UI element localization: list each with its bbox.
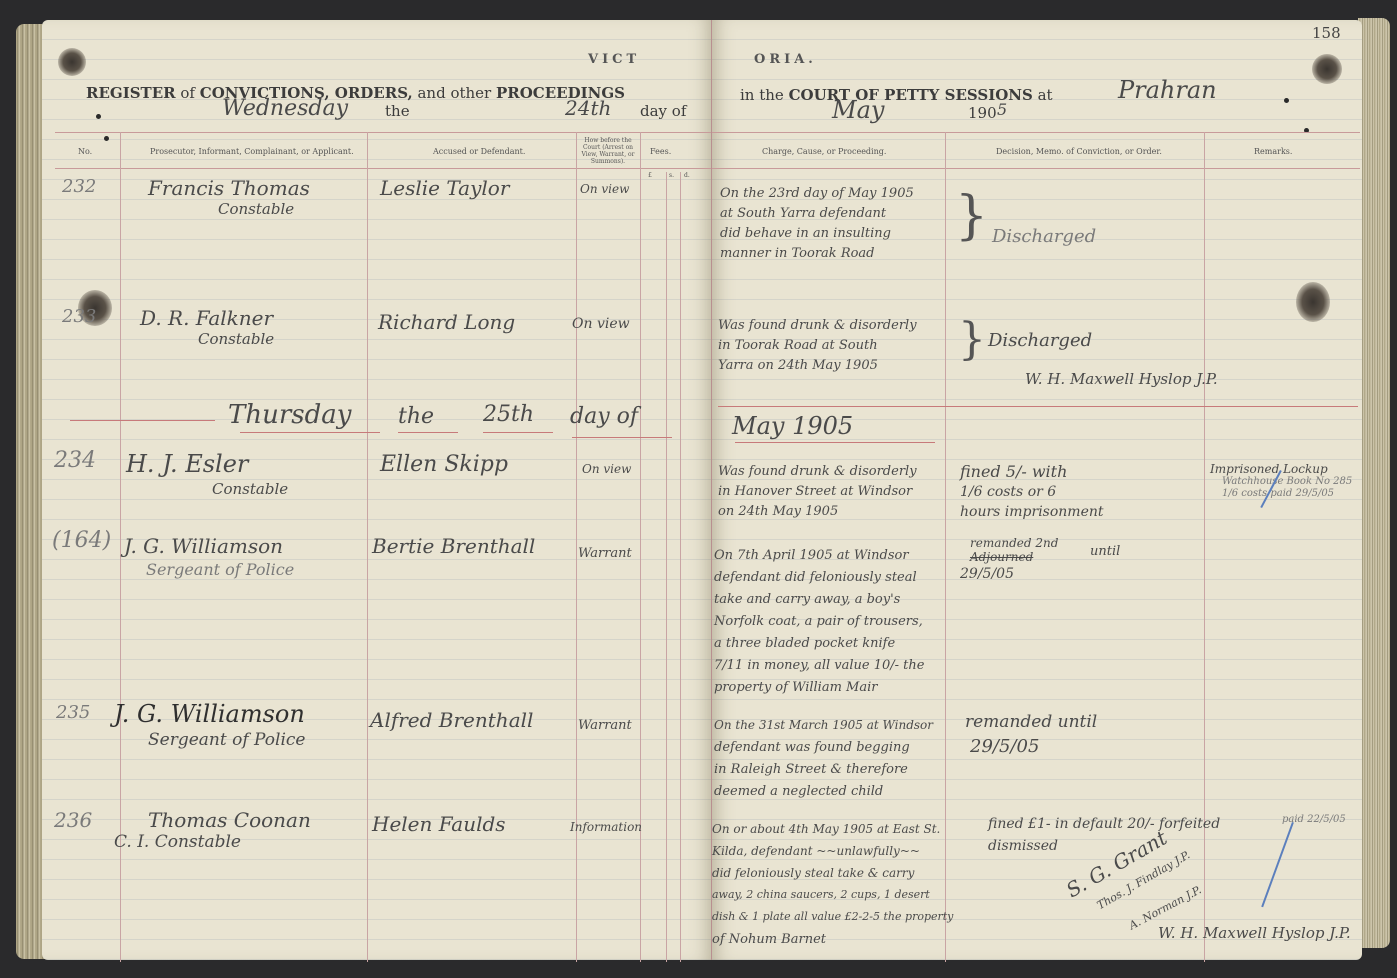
prosecutor-rank: C. I. Constable <box>114 832 241 852</box>
col-divider <box>945 132 946 962</box>
state-name-right: ORIA. <box>754 52 817 67</box>
fees-pounds: £ <box>648 172 652 179</box>
decision-line: fined 5/- with <box>960 462 1067 481</box>
decision-line: until <box>1090 544 1120 559</box>
col-header-fees: Fees. <box>650 147 671 156</box>
header-bottom-rule <box>55 168 1360 169</box>
col-header-no: No. <box>78 147 92 156</box>
decision-text: Discharged <box>988 330 1092 351</box>
entry-number: 232 <box>62 176 96 197</box>
entry-number: 236 <box>54 808 92 832</box>
charge-line: deemed a neglected child <box>714 784 883 799</box>
header-top-rule <box>55 132 1360 133</box>
decision-struck: Adjourned <box>970 550 1033 564</box>
charge-line: take and carry away, a boy's <box>714 592 900 607</box>
charge-line: property of William Mair <box>714 680 877 695</box>
brace: } <box>955 196 988 236</box>
charge-line: a three bladed pocket knife <box>714 636 895 651</box>
decision-line: dismissed <box>988 838 1058 854</box>
accused-name: Bertie Brenthall <box>372 534 535 558</box>
prosecutor-name: J. G. Williamson <box>114 700 305 728</box>
how-before: On view <box>582 462 631 476</box>
charge-line: Was found drunk & disorderly <box>718 464 917 479</box>
prosecutor-name: Francis Thomas <box>148 176 310 200</box>
charge-line: 7/11 in money, all value 10/- the <box>714 658 924 673</box>
ink-blot <box>58 48 86 76</box>
col-header-charge: Charge, Cause, or Proceeding. <box>762 147 886 156</box>
how-before: Warrant <box>578 546 632 561</box>
charge-line: defendant was found begging <box>714 740 910 755</box>
justice-signature: W. H. Maxwell Hyslop J.P. <box>1158 924 1351 942</box>
divider-underline <box>572 437 672 438</box>
entry-number: 235 <box>56 702 90 723</box>
ink-blot <box>1312 54 1342 84</box>
divider-month-year: May 1905 <box>732 412 853 440</box>
register-title: REGISTER of CONVICTIONS, ORDERS, and oth… <box>86 84 625 102</box>
charge-line: manner in Toorak Road <box>720 246 875 261</box>
charge-line: defendant did feloniously steal <box>714 570 917 585</box>
col-divider <box>1204 132 1205 962</box>
col-divider <box>367 132 368 962</box>
divider-underline <box>398 432 458 433</box>
charge-line: in Toorak Road at South <box>718 338 878 353</box>
book-gutter <box>711 20 712 960</box>
col-divider <box>576 132 577 962</box>
divider-underline <box>483 432 553 433</box>
col-divider <box>666 172 667 962</box>
col-header-how-before: How before the Court (Arrest on View, Wa… <box>578 137 638 165</box>
charge-line: in Hanover Street at Windsor <box>718 484 912 499</box>
charge-line: Norfolk coat, a pair of trousers, <box>714 614 923 629</box>
prosecutor-rank: Sergeant of Police <box>148 730 305 750</box>
entry-number: 234 <box>54 448 96 473</box>
charge-line: Was found drunk & disorderly <box>718 318 917 333</box>
the-label: the <box>385 102 410 120</box>
binding-hole <box>104 136 109 141</box>
right-page-stack-edge <box>1358 18 1390 948</box>
how-before: Warrant <box>578 718 632 733</box>
header-day: 24th <box>565 96 611 120</box>
remarks-line: Imprisoned Lockup <box>1210 462 1328 476</box>
col-header-remarks: Remarks. <box>1254 147 1292 156</box>
binding-hole <box>1284 98 1289 103</box>
decision-line: remanded until <box>965 712 1097 732</box>
how-before: Information <box>570 820 642 834</box>
decision-line: fined £1- in default 20/- forfeited <box>988 816 1220 832</box>
decision-text: Discharged <box>992 226 1096 247</box>
year-handwritten: 5 <box>997 100 1007 119</box>
charge-line: at South Yarra defendant <box>720 206 886 221</box>
page-number: 158 <box>1312 24 1341 42</box>
accused-name: Leslie Taylor <box>380 176 509 200</box>
fees-shillings: s. <box>669 172 674 179</box>
divider-rule <box>70 420 215 421</box>
prosecutor-rank: Constable <box>218 200 294 218</box>
col-header-decision: Decision, Memo. of Conviction, or Order. <box>996 147 1162 156</box>
charge-line: Kilda, defendant ~~unlawfully~~ <box>712 844 920 858</box>
decision-line: 1/6 costs or 6 <box>960 484 1056 500</box>
charge-line: away, 2 china saucers, 2 cups, 1 desert <box>712 888 930 901</box>
header-month: May <box>832 96 884 124</box>
charge-line: On the 23rd day of May 1905 <box>720 186 914 201</box>
charge-line: Yarra on 24th May 1905 <box>718 358 878 373</box>
day-of-label: day of <box>640 102 686 120</box>
charge-line: dish & 1 plate all value £2-2-5 the prop… <box>712 910 953 923</box>
col-header-prosecutor: Prosecutor, Informant, Complainant, or A… <box>150 147 354 156</box>
prosecutor-rank: Sergeant of Police <box>146 560 294 579</box>
charge-line: did feloniously steal take & carry <box>712 866 914 880</box>
remarks-line: 1/6 costs paid 29/5/05 <box>1222 488 1334 499</box>
charge-line: in Raleigh Street & therefore <box>714 762 908 777</box>
prosecutor-name: D. R. Falkner <box>140 306 273 330</box>
ink-blot <box>1296 282 1330 322</box>
brace: } <box>958 320 986 360</box>
decision-line: 29/5/05 <box>970 736 1039 757</box>
decision-line: 29/5/05 <box>960 566 1014 582</box>
charge-line: did behave in an insulting <box>720 226 891 241</box>
decision-line: remanded 2nd <box>970 536 1058 550</box>
col-divider <box>640 132 641 962</box>
charge-line: On 7th April 1905 at Windsor <box>714 548 909 563</box>
divider-weekday: Thursday <box>228 400 351 430</box>
how-before: On view <box>580 182 629 196</box>
remarks-line: Watchhouse Book No 285 <box>1222 476 1352 487</box>
divider-day-of: day of <box>570 404 638 429</box>
accused-name: Helen Faulds <box>372 812 506 836</box>
entry-number: 233 <box>62 306 96 327</box>
divider-underline <box>735 442 935 443</box>
divider-day: 25th <box>483 402 534 427</box>
year-printed: 190 <box>968 104 997 122</box>
register-book: VICT ORIA. 158 REGISTER of CONVICTIONS, … <box>0 0 1397 978</box>
magistrate-signature: W. H. Maxwell Hyslop J.P. <box>1025 370 1218 388</box>
charge-line: On the 31st March 1905 at Windsor <box>714 718 933 732</box>
state-name-left: VICT <box>588 52 640 67</box>
accused-name: Richard Long <box>378 310 515 334</box>
court-location: Prahran <box>1118 76 1217 104</box>
how-before: On view <box>572 316 630 332</box>
prosecutor-name: Thomas Coonan <box>148 808 311 832</box>
charge-line: On or about 4th May 1905 at East St. <box>712 822 940 836</box>
accused-name: Alfred Brenthall <box>370 708 533 732</box>
charge-line: on 24th May 1905 <box>718 504 838 519</box>
charge-line: of Nohum Barnet <box>712 932 826 947</box>
binding-hole <box>96 114 101 119</box>
fees-pence: d. <box>684 172 690 179</box>
col-divider <box>680 172 681 962</box>
prosecutor-rank: Constable <box>198 330 274 348</box>
prosecutor-name: J. G. Williamson <box>124 534 283 558</box>
divider-the: the <box>398 404 434 429</box>
accused-name: Ellen Skipp <box>380 452 508 477</box>
col-header-accused: Accused or Defendant. <box>433 147 525 156</box>
prosecutor-name: H. J. Esler <box>126 450 248 478</box>
entry-number: (164) <box>52 528 111 553</box>
prosecutor-rank: Constable <box>212 480 288 498</box>
header-weekday: Wednesday <box>222 96 348 121</box>
divider-rule-right <box>718 406 1358 407</box>
divider-underline <box>240 432 380 433</box>
decision-line: hours imprisonment <box>960 504 1104 520</box>
